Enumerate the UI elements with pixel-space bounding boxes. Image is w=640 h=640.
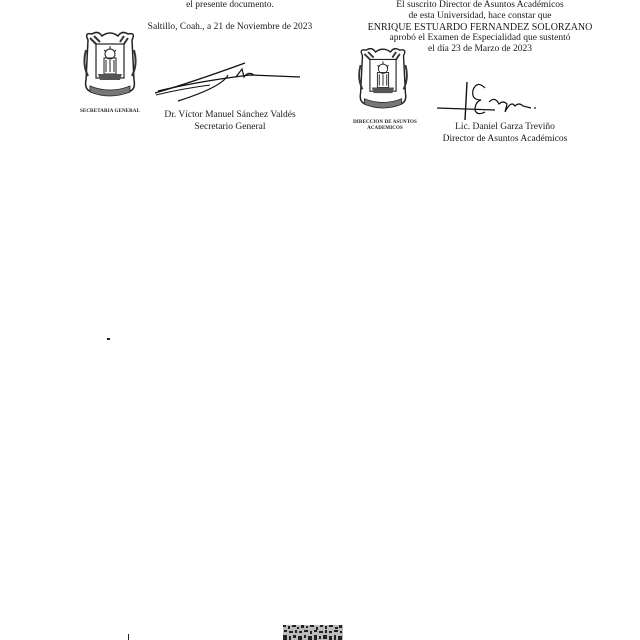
scan-speck (107, 338, 110, 340)
place-date: Saltillo, Coah., a 21 de Noviembre de 20… (130, 22, 330, 33)
right-signer-name: Lic. Daniel Garza Treviño (430, 122, 580, 133)
signature-icon (150, 55, 310, 110)
student-name: ENRIQUE ESTUARDO FERNANDEZ SOLORZANO (360, 22, 600, 33)
cert-line-2: de esta Universidad, hace constar que (360, 11, 600, 22)
cert-line-4: aprobó el Examen de Especialidad que sus… (360, 33, 600, 44)
right-signer-title: Director de Asuntos Académicos (420, 134, 590, 145)
university-seal-icon (355, 45, 411, 115)
closing-line: el presente documento. (150, 0, 310, 11)
left-signer-title: Secretario General (140, 122, 320, 133)
seal-label-line-1: DIRECCION DE ASUNTOS (345, 120, 425, 125)
seal-label-line-2: ACADEMICOS (345, 126, 425, 131)
scan-speck (128, 634, 129, 640)
left-signer-name: Dr. Víctor Manuel Sánchez Valdés (140, 110, 320, 121)
qr-code-icon (283, 625, 343, 640)
university-seal-icon (80, 30, 140, 102)
cert-line-1: El suscrito Director de Asuntos Académic… (360, 0, 600, 11)
seal-label: SECRETARIA GENERAL (70, 109, 150, 114)
